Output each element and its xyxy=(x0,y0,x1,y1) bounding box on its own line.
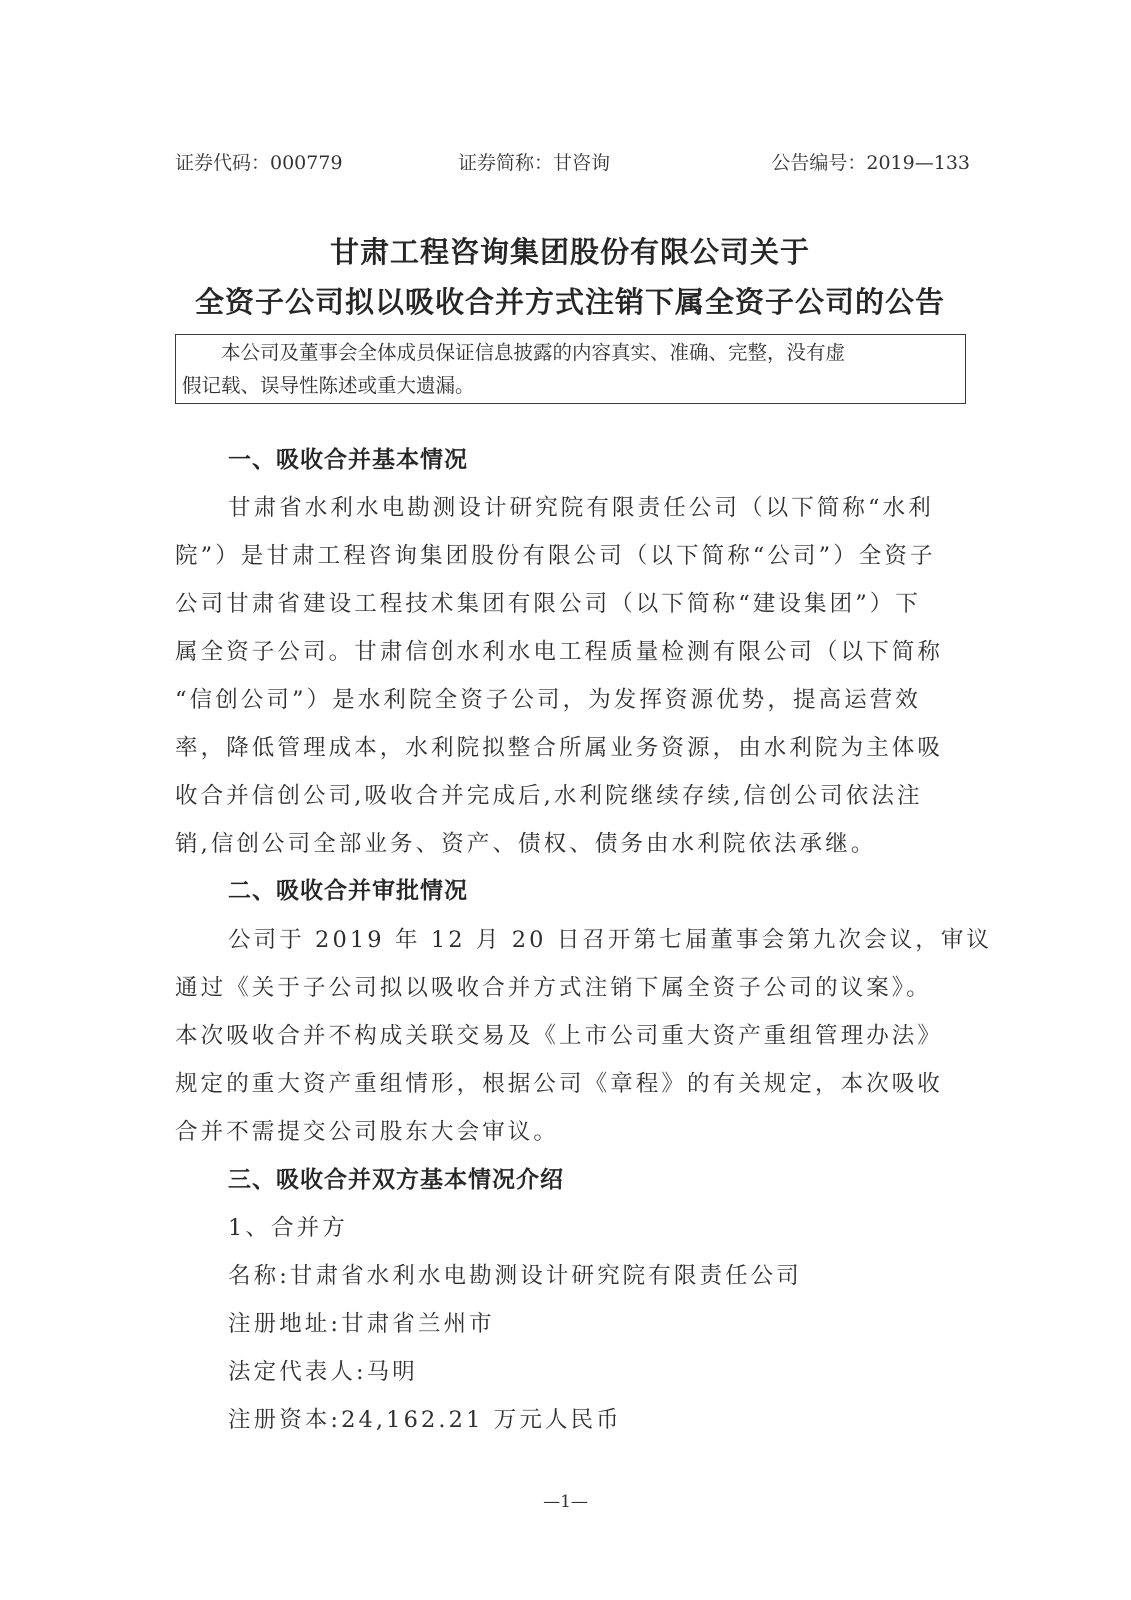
paragraph-line: 规定的重大资产重组情形，根据公司《章程》的有关规定，本次吸收 xyxy=(175,1066,943,1098)
document-header-meta: 证券代码：000779 证券简称：甘咨询 公告编号：2019—133 xyxy=(175,148,970,178)
section-heading-2: 二、吸收合并审批情况 xyxy=(228,872,468,905)
paragraph-line: 本次吸收合并不构成关联交易及《上市公司重大资产重组管理办法》 xyxy=(175,1018,943,1050)
field-legal-representative: 法定代表人:马明 xyxy=(228,1354,418,1386)
field-registered-address: 注册地址:甘肃省兰州市 xyxy=(228,1306,495,1338)
stock-code: 证券代码：000779 xyxy=(175,148,343,175)
page-number: —1— xyxy=(0,1492,1131,1512)
paragraph-line: 通过《关于子公司拟以吸收合并方式注销下属全资子公司的议案》。 xyxy=(175,970,932,1002)
field-name: 名称:甘肃省水利水电勘测设计研究院有限责任公司 xyxy=(228,1258,802,1290)
paragraph-line: 销,信创公司全部业务、资产、债权、债务由水利院依法承继。 xyxy=(175,826,876,858)
disclaimer-line-2: 假记载、误导性陈述或重大遗漏。 xyxy=(182,369,959,402)
paragraph-line: 率，降低管理成本，水利院拟整合所属业务资源，由水利院为主体吸 xyxy=(175,730,943,762)
stock-abbreviation: 证券简称：甘咨询 xyxy=(458,148,610,175)
paragraph-line: 属全资子公司。甘肃信创水利水电工程质量检测有限公司（以下简称 xyxy=(175,634,943,666)
paragraph-line: 合并不需提交公司股东大会审议。 xyxy=(175,1114,559,1146)
section-heading-3: 三、吸收合并双方基本情况介绍 xyxy=(228,1161,564,1194)
paragraph-line: 公司甘肃省建设工程技术集团有限公司（以下简称“建设集团”）下 xyxy=(175,586,921,618)
field-registered-capital: 注册资本:24,162.21 万元人民币 xyxy=(228,1402,622,1434)
paragraph-line: “信创公司”）是水利院全资子公司，为发挥资源优势，提高运营效 xyxy=(175,682,921,714)
paragraph-line: 甘肃省水利水电勘测设计研究院有限责任公司（以下简称“水利 xyxy=(228,490,934,522)
disclaimer-box: 本公司及董事会全体成员保证信息披露的内容真实、准确、完整，没有虚 假记载、误导性… xyxy=(175,334,966,404)
section-heading-1: 一、吸收合并基本情况 xyxy=(228,441,468,474)
paragraph-line: 院”）是甘肃工程咨询集团股份有限公司（以下简称“公司”）全资子 xyxy=(175,538,936,570)
document-title-line-2: 全资子公司拟以吸收合并方式注销下属全资子公司的公告 xyxy=(160,280,980,321)
paragraph-line: 收合并信创公司,吸收合并完成后,水利院继续存续,信创公司依法注 xyxy=(175,778,923,810)
announcement-number: 公告编号：2019—133 xyxy=(771,148,970,175)
disclaimer-line-1: 本公司及董事会全体成员保证信息披露的内容真实、准确、完整，没有虚 xyxy=(182,336,959,369)
document-title-line-1: 甘肃工程咨询集团股份有限公司关于 xyxy=(160,230,980,271)
paragraph-line: 公司于 2019 年 12 月 20 日召开第七届董事会第九次会议，审议 xyxy=(228,922,992,954)
subsection-heading: 1、合并方 xyxy=(228,1210,348,1242)
